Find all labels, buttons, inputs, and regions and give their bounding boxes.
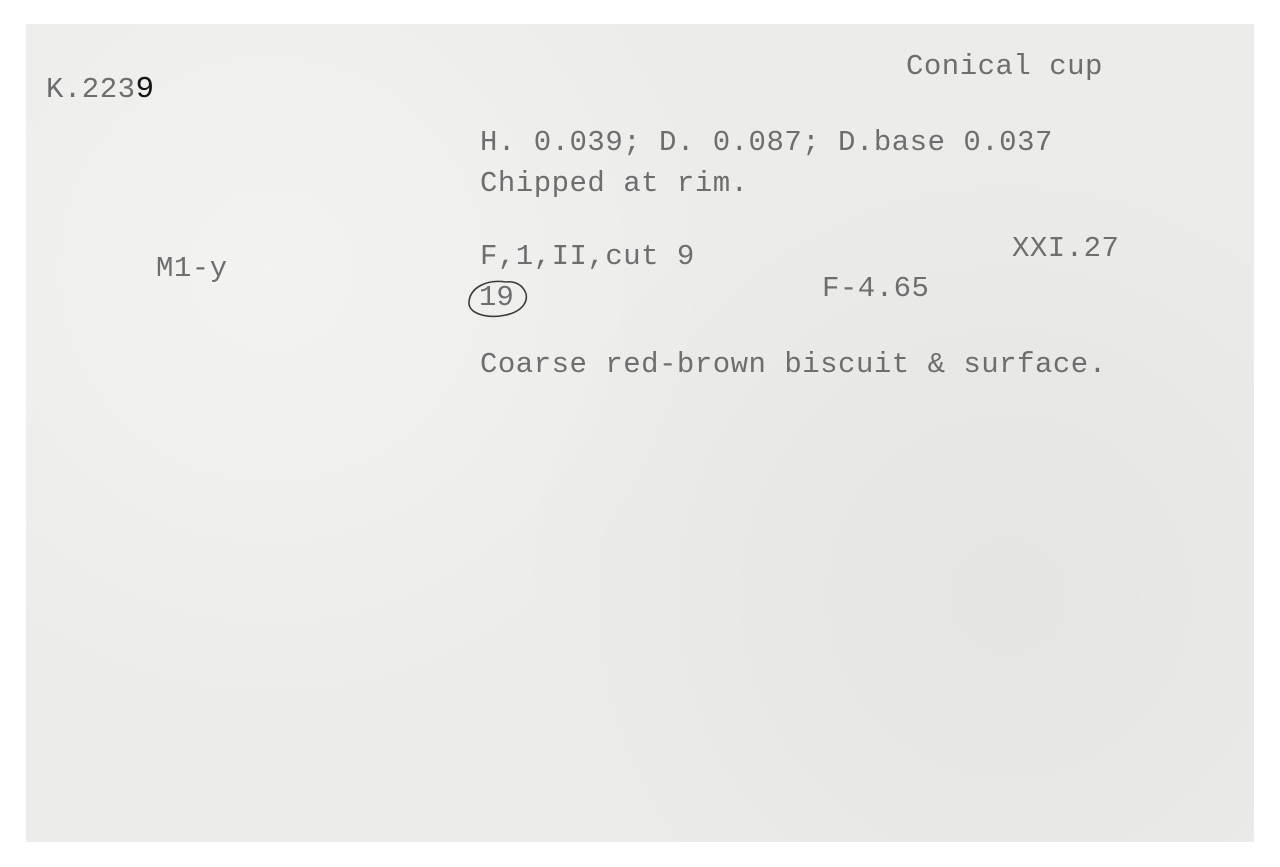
circled-number-text: 19: [479, 283, 514, 312]
fabric-description: Coarse red-brown biscuit & surface.: [480, 350, 1107, 379]
catalog-number: K.2239: [46, 74, 155, 105]
date: XXI.27: [1012, 234, 1119, 263]
context: F,1,II,cut 9: [480, 242, 695, 271]
condition: Chipped at rim.: [480, 169, 749, 198]
field-number: F-4.65: [822, 274, 929, 303]
catalog-card: K.2239 Conical cup H. 0.039; D. 0.087; D…: [26, 24, 1254, 842]
object-type: Conical cup: [906, 52, 1103, 81]
dimensions: H. 0.039; D. 0.087; D.base 0.037: [480, 128, 1053, 157]
location-code: M1-y: [156, 254, 228, 283]
catalog-number-last-digit: 9: [136, 72, 155, 107]
circled-number: 19: [466, 278, 536, 320]
catalog-number-prefix: K.223: [46, 73, 136, 106]
